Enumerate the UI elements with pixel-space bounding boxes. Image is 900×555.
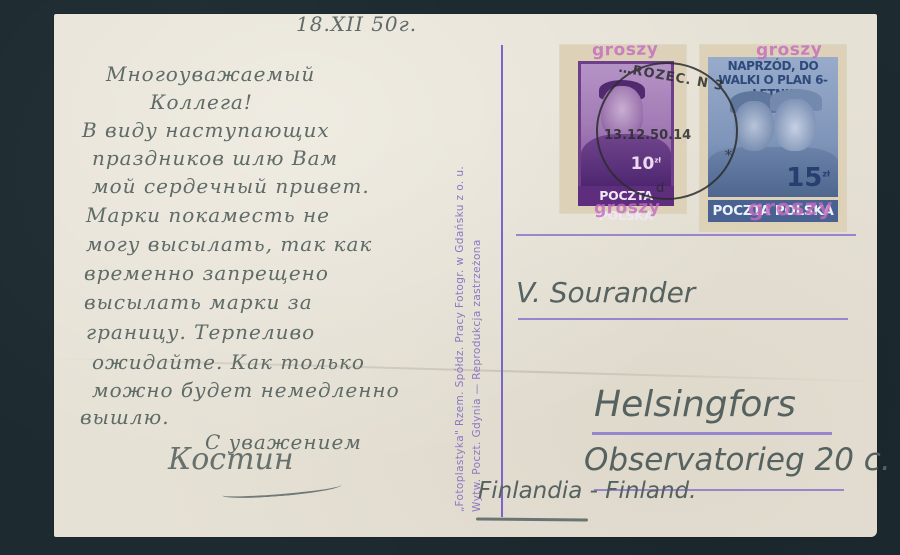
publisher-imprint-line-1: „Fotoplastyka" Rzem. Spółdz. Pracy Fotog…	[454, 166, 466, 512]
message-line: можно будет немедленно	[92, 378, 400, 402]
message-line: границу. Терпеливо	[86, 320, 315, 344]
worker-face	[774, 99, 816, 151]
message-line: ожидайте. Как только	[92, 350, 365, 374]
worker-face	[734, 101, 774, 151]
overprint-groszy: groszy	[592, 39, 659, 60]
message-line: В виду наступающих	[82, 118, 330, 142]
publisher-name: „Fotoplastyka"	[454, 430, 466, 512]
overprint-groszy: groszy	[756, 39, 823, 60]
recipient-country: Finlandia - Finland.	[478, 478, 696, 504]
message-line: могу высылать, так как	[86, 232, 372, 256]
message-line: вышлю.	[80, 405, 170, 429]
recipient-street: Observatorieg 20 c.	[584, 442, 891, 478]
postmark: …ROZEC. N 3 13.12.50.14 * d	[596, 62, 738, 200]
vertical-divider	[501, 45, 503, 517]
signature: Костин	[168, 442, 294, 477]
address-line	[592, 432, 832, 435]
postmark-star: *	[725, 148, 732, 164]
message-line: временно запрещено	[84, 261, 329, 285]
address-line	[518, 318, 848, 320]
message-line: мой сердечный привет.	[92, 174, 370, 198]
publisher-details: Rzem. Spółdz. Pracy Fotogr. w Gdańsku z …	[454, 166, 466, 430]
stamp-value: 15zł	[786, 163, 830, 193]
message-line: Марки покаместь не	[86, 203, 330, 227]
overprint-groszy: groszy	[748, 195, 833, 221]
overprint-groszy: groszy	[594, 197, 661, 218]
recipient-city: Helsingfors	[594, 384, 796, 425]
publisher-imprint-line-2: Wytw. Poczt. Gdynia — Reprodukcja zastrz…	[471, 239, 483, 512]
handwritten-date: 18.XII 50г.	[296, 12, 417, 36]
message-line: праздников шлю Вам	[92, 146, 338, 170]
greeting-line-1: Многоуважаемый	[106, 62, 315, 86]
postmark-date: 13.12.50.14	[604, 128, 691, 143]
greeting-line-2: Коллега!	[150, 90, 253, 114]
recipient-name: V. Sourander	[516, 276, 695, 309]
message-line: высылать марки за	[84, 290, 313, 314]
address-line	[516, 234, 856, 236]
postmark-letter: d	[656, 181, 664, 196]
printer-details: Gdynia — Reprodukcja zastrzeżona	[471, 239, 483, 441]
